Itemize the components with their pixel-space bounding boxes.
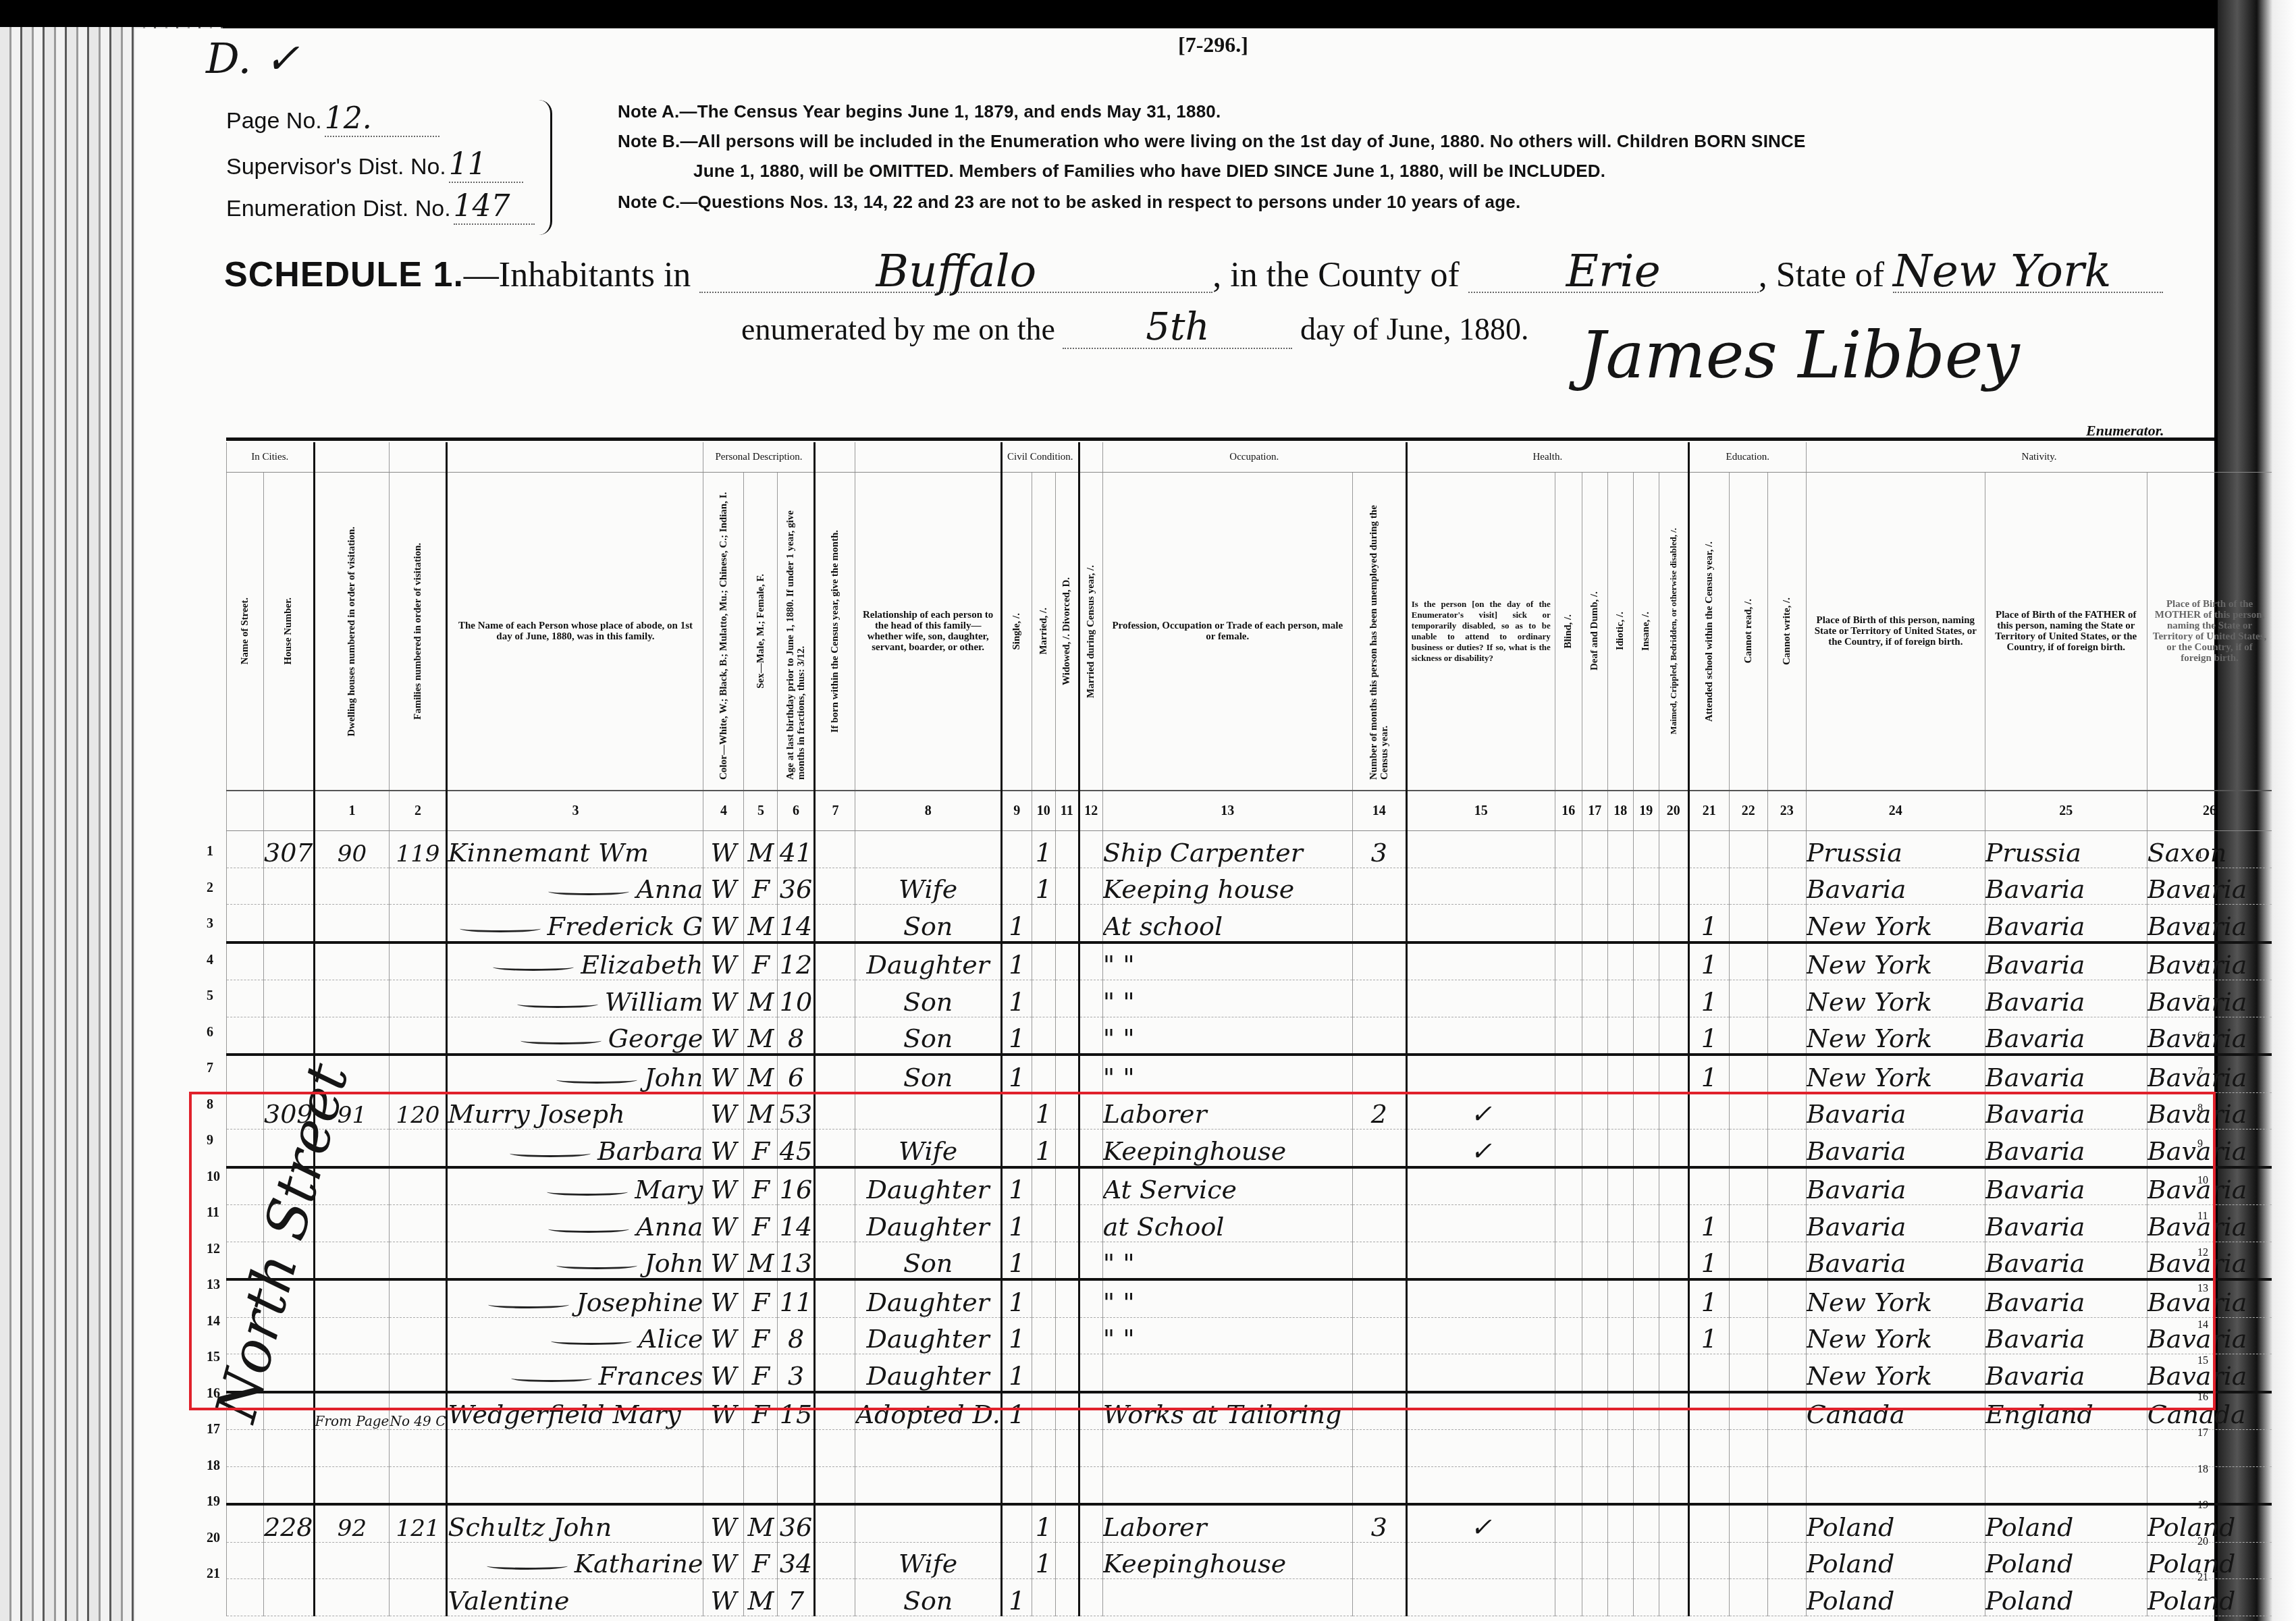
cell-insane	[1633, 1542, 1659, 1579]
line-number-left: 13	[207, 1277, 220, 1293]
cell-color: W	[703, 1017, 744, 1055]
cell-sick	[1406, 1167, 1555, 1205]
cell-maimed	[1659, 1542, 1688, 1579]
cell-maimed	[1659, 1055, 1688, 1092]
cell-sick	[1406, 942, 1555, 980]
cell-birth: Poland	[1806, 1542, 1985, 1579]
cell-sex: F	[744, 1130, 778, 1167]
cell-married-year	[1079, 1504, 1102, 1542]
cell-street	[227, 1055, 264, 1092]
cell-blind	[1555, 942, 1582, 980]
cell-sex	[744, 1430, 778, 1467]
cell-color: W	[703, 1242, 744, 1279]
cell-single: 1	[1001, 1392, 1032, 1430]
day-value: 5th	[1063, 307, 1292, 349]
cell-family	[390, 1354, 447, 1392]
cell-name: Anna	[447, 868, 703, 905]
cell-name: Murry Joseph	[447, 1092, 703, 1130]
cell-relation: Son	[855, 980, 1001, 1017]
table-row: GeorgeWM8Son1" "1New YorkBavariaBavaria	[227, 1017, 2272, 1055]
cell-birth: Poland	[1806, 1579, 1985, 1616]
cell-age: 10	[778, 980, 815, 1017]
cell-born-month	[815, 1542, 855, 1579]
cell-family	[390, 1205, 447, 1242]
cell-unemployed	[1352, 1130, 1406, 1167]
cell-cannot-write	[1767, 1130, 1806, 1167]
line-number-left: 10	[207, 1169, 220, 1185]
cell-occupation: At Service	[1102, 1167, 1352, 1205]
cell-name: Mary	[447, 1167, 703, 1205]
cell-cannot-read	[1729, 1279, 1767, 1317]
cell-house	[264, 942, 315, 980]
line-number-left: 12	[207, 1242, 220, 1257]
cell-blind	[1555, 1579, 1582, 1616]
cell-mother: Bavaria	[2147, 1242, 2272, 1279]
brace	[537, 100, 552, 235]
cell-sex: F	[744, 1354, 778, 1392]
table-row: 22892121Schultz JohnWM361Laborer3✓Poland…	[227, 1504, 2272, 1542]
cell-sick	[1406, 1055, 1555, 1092]
cell-name: Valentine	[447, 1579, 703, 1616]
cell-blind	[1555, 868, 1582, 905]
supervisor-label: Supervisor's Dist. No.	[226, 154, 446, 180]
cell-widowed	[1055, 1466, 1079, 1504]
line-number-right: 21	[2197, 1572, 2208, 1584]
cell-family	[390, 980, 447, 1017]
cell-idiotic	[1607, 942, 1633, 980]
line-number-left: 14	[207, 1314, 220, 1329]
cell-occupation: " "	[1102, 1017, 1352, 1055]
col-4-header: Color—White, W.; Black, B.; Mulatto, Mu.…	[703, 473, 744, 791]
cell-name: Wedgerfield Mary	[447, 1392, 703, 1430]
cell-dwelling	[314, 905, 390, 942]
cell-relation: Wife	[855, 1130, 1001, 1167]
cell-family	[390, 1017, 447, 1055]
cell-mother: Saxon	[2147, 831, 2272, 868]
cell-deaf	[1582, 1317, 1607, 1354]
cell-sick	[1406, 1466, 1555, 1504]
table-row: AliceWF8Daughter1" "1New YorkBavariaBava…	[227, 1317, 2272, 1354]
cell-blind	[1555, 1017, 1582, 1055]
cell-insane	[1633, 1430, 1659, 1467]
cell-married-year	[1079, 1167, 1102, 1205]
col-22-header: Cannot read, /.	[1729, 473, 1767, 791]
cell-father: Bavaria	[1985, 1354, 2147, 1392]
form-code: [7-296.]	[1178, 32, 1248, 57]
cell-house	[264, 1542, 315, 1579]
cell-mother	[2147, 1430, 2272, 1467]
col-11-header: Widowed, /. Divorced, D.	[1055, 473, 1079, 791]
group-occupation: Occupation.	[1102, 442, 1406, 473]
cell-blind	[1555, 980, 1582, 1017]
cell-maimed	[1659, 905, 1688, 942]
cell-house: 307	[264, 831, 315, 868]
cell-birth: New York	[1806, 942, 1985, 980]
line-number-left: 17	[207, 1422, 220, 1437]
inhabitants-label: —Inhabitants in	[464, 256, 691, 294]
cell-widowed	[1055, 980, 1079, 1017]
cell-born-month	[815, 868, 855, 905]
cell-family	[390, 1430, 447, 1467]
group-header-row: In Cities. Personal Description. Civil C…	[227, 442, 2272, 473]
cell-occupation	[1102, 1579, 1352, 1616]
col-24-header: Place of Birth of this person, naming St…	[1806, 473, 1985, 791]
cell-birth: New York	[1806, 1055, 1985, 1092]
enumerated-label: enumerated by me on the	[741, 312, 1055, 346]
cell-unemployed	[1352, 1167, 1406, 1205]
cell-idiotic	[1607, 1317, 1633, 1354]
cell-mother: Bavaria	[2147, 1167, 2272, 1205]
cell-relation: Adopted D.	[855, 1392, 1001, 1430]
cell-cannot-write	[1767, 1205, 1806, 1242]
cell-relation	[855, 1466, 1001, 1504]
cell-school	[1688, 1542, 1729, 1579]
cell-name: Frederick G	[447, 905, 703, 942]
cell-cannot-read	[1729, 1430, 1767, 1467]
line-number-right: 20	[2197, 1536, 2208, 1548]
cell-relation: Daughter	[855, 1205, 1001, 1242]
cell-school	[1688, 1092, 1729, 1130]
table-row: 30790119Kinnemant WmWM411Ship Carpenter3…	[227, 831, 2272, 868]
cell-occupation: Ship Carpenter	[1102, 831, 1352, 868]
cell-relation: Daughter	[855, 1354, 1001, 1392]
cell-dwelling	[314, 1017, 390, 1055]
cell-born-month	[815, 942, 855, 980]
cell-deaf	[1582, 868, 1607, 905]
cell-deaf	[1582, 942, 1607, 980]
cell-father	[1985, 1430, 2147, 1467]
cell-widowed	[1055, 1055, 1079, 1092]
cell-relation: Daughter	[855, 942, 1001, 980]
cell-name: Schultz John	[447, 1504, 703, 1542]
cell-house	[264, 1017, 315, 1055]
cell-sick	[1406, 1317, 1555, 1354]
cell-occupation: " "	[1102, 1279, 1352, 1317]
cell-sex: F	[744, 1279, 778, 1317]
line-number-right: 13	[2197, 1283, 2208, 1295]
table-row: From PageNo 49 CWedgerfield MaryWF15Adop…	[227, 1392, 2272, 1430]
cell-name: George	[447, 1017, 703, 1055]
enumeration-district-field: Enumeration Dist. No. 147	[226, 189, 535, 225]
cell-cannot-write	[1767, 1542, 1806, 1579]
enumeration-date-line: enumerated by me on the 5th day of June,…	[741, 307, 1529, 349]
cell-sex: M	[744, 1242, 778, 1279]
cell-cannot-write	[1767, 942, 1806, 980]
cell-street	[227, 942, 264, 980]
cell-cannot-write	[1767, 1354, 1806, 1392]
cell-name: Elizabeth	[447, 942, 703, 980]
cell-age: 8	[778, 1317, 815, 1354]
cell-unemployed	[1352, 980, 1406, 1017]
cell-insane	[1633, 980, 1659, 1017]
line-number-right: 16	[2197, 1391, 2208, 1404]
col-6-header: Age at last birthday prior to June 1, 18…	[778, 473, 815, 791]
cell-idiotic	[1607, 868, 1633, 905]
cell-sex: F	[744, 942, 778, 980]
cell-unemployed: 3	[1352, 831, 1406, 868]
cell-cannot-read	[1729, 980, 1767, 1017]
cell-father: Poland	[1985, 1579, 2147, 1616]
cell-married-year	[1079, 1392, 1102, 1430]
col-16-header: Blind, /.	[1555, 473, 1582, 791]
cell-unemployed	[1352, 1205, 1406, 1242]
cell-idiotic	[1607, 1017, 1633, 1055]
cell-name: John	[447, 1055, 703, 1092]
cell-widowed	[1055, 1205, 1079, 1242]
cell-age: 34	[778, 1542, 815, 1579]
line-number-left: 19	[207, 1494, 220, 1510]
cell-family	[390, 905, 447, 942]
cell-single	[1001, 1466, 1032, 1504]
cell-sex: M	[744, 1579, 778, 1616]
cell-father: Bavaria	[1985, 1092, 2147, 1130]
cell-unemployed	[1352, 1542, 1406, 1579]
cell-dwelling	[314, 1317, 390, 1354]
cell-idiotic	[1607, 1542, 1633, 1579]
line-number-left: 8	[207, 1097, 213, 1113]
cell-born-month	[815, 1504, 855, 1542]
cell-insane	[1633, 868, 1659, 905]
cell-single	[1001, 831, 1032, 868]
cell-birth: Bavaria	[1806, 868, 1985, 905]
cell-single	[1001, 1542, 1032, 1579]
cell-idiotic	[1607, 1466, 1633, 1504]
cell-school: 1	[1688, 1017, 1729, 1055]
cell-maimed	[1659, 1092, 1688, 1130]
cell-mother: Bavaria	[2147, 1354, 2272, 1392]
cell-sick: ✓	[1406, 1130, 1555, 1167]
cell-unemployed: 3	[1352, 1504, 1406, 1542]
cell-occupation: Works at Tailoring	[1102, 1392, 1352, 1430]
cell-school	[1688, 1430, 1729, 1467]
cell-unemployed	[1352, 1466, 1406, 1504]
cell-mother	[2147, 1466, 2272, 1504]
cell-occupation: Keepinghouse	[1102, 1542, 1352, 1579]
cell-school: 1	[1688, 980, 1729, 1017]
cell-street	[227, 868, 264, 905]
cell-born-month	[815, 1130, 855, 1167]
cell-age: 12	[778, 942, 815, 980]
cell-single	[1001, 1130, 1032, 1167]
cell-deaf	[1582, 1092, 1607, 1130]
cell-mother: Bavaria	[2147, 1055, 2272, 1092]
cell-cannot-write	[1767, 905, 1806, 942]
cell-dwelling: 90	[314, 831, 390, 868]
cell-cannot-read	[1729, 1205, 1767, 1242]
supervisor-value: 11	[449, 147, 523, 183]
cell-maimed	[1659, 1504, 1688, 1542]
cell-cannot-read	[1729, 1504, 1767, 1542]
col-14-header: Number of months this person has been un…	[1352, 473, 1406, 791]
cell-dwelling	[314, 868, 390, 905]
cell-color: W	[703, 868, 744, 905]
cell-mother: Bavaria	[2147, 1017, 2272, 1055]
table-row: AnnaWF36Wife1Keeping houseBavariaBavaria…	[227, 868, 2272, 905]
cell-relation	[855, 1504, 1001, 1542]
cell-school: 1	[1688, 1317, 1729, 1354]
cell-idiotic	[1607, 905, 1633, 942]
note-a: Note A.—The Census Year begins June 1, 1…	[618, 101, 1221, 122]
cell-born-month	[815, 980, 855, 1017]
cell-relation: Daughter	[855, 1279, 1001, 1317]
col-23-header: Cannot write, /.	[1767, 473, 1806, 791]
table-row: BarbaraWF45Wife1Keepinghouse✓BavariaBava…	[227, 1130, 2272, 1167]
cell-family	[390, 1130, 447, 1167]
cell-deaf	[1582, 1205, 1607, 1242]
cell-father: Bavaria	[1985, 1279, 2147, 1317]
cell-insane	[1633, 1242, 1659, 1279]
cell-widowed	[1055, 1017, 1079, 1055]
county-label: , in the County of	[1212, 256, 1459, 294]
cell-married-year	[1079, 1055, 1102, 1092]
cell-sick: ✓	[1406, 1504, 1555, 1542]
cell-unemployed	[1352, 1579, 1406, 1616]
cell-cannot-read	[1729, 868, 1767, 905]
ditto-mark-icon	[510, 1150, 591, 1157]
cell-cannot-write	[1767, 1055, 1806, 1092]
col-19-header: Insane, /.	[1633, 473, 1659, 791]
cell-mother: Bavaria	[2147, 1317, 2272, 1354]
cell-occupation: " "	[1102, 980, 1352, 1017]
cell-father: Bavaria	[1985, 942, 2147, 980]
enumeration-label: Enumeration Dist. No.	[226, 196, 451, 221]
cell-family	[390, 1279, 447, 1317]
cell-widowed	[1055, 1579, 1079, 1616]
cell-color: W	[703, 980, 744, 1017]
cell-school: 1	[1688, 1279, 1729, 1317]
cell-insane	[1633, 1354, 1659, 1392]
cell-sex: F	[744, 868, 778, 905]
cell-occupation: Laborer	[1102, 1092, 1352, 1130]
cell-idiotic	[1607, 1092, 1633, 1130]
enumerator-signature: James Libbey	[1580, 317, 2020, 393]
cell-father: Bavaria	[1985, 980, 2147, 1017]
cell-married	[1032, 1354, 1055, 1392]
cell-father: Bavaria	[1985, 905, 2147, 942]
cell-idiotic	[1607, 1167, 1633, 1205]
city-value: Buffalo	[699, 251, 1212, 293]
cell-sex: F	[744, 1205, 778, 1242]
col-2-header: Families numbered in order of visitation…	[390, 473, 447, 791]
cell-idiotic	[1607, 831, 1633, 868]
table-row: AnnaWF14Daughter1at School1BavariaBavari…	[227, 1205, 2272, 1242]
table-row: MaryWF16Daughter1At ServiceBavariaBavari…	[227, 1167, 2272, 1205]
cell-married	[1032, 1205, 1055, 1242]
cell-idiotic	[1607, 1279, 1633, 1317]
cell-married-year	[1079, 831, 1102, 868]
cell-deaf	[1582, 1279, 1607, 1317]
cell-sex: M	[744, 831, 778, 868]
col-26-header: Place of Birth of the MOTHER of this per…	[2147, 473, 2272, 791]
cell-single: 1	[1001, 1167, 1032, 1205]
cell-born-month	[815, 831, 855, 868]
note-b-line2: June 1, 1880, will be OMITTED. Members o…	[693, 161, 1605, 182]
cell-deaf	[1582, 1242, 1607, 1279]
cell-blind	[1555, 905, 1582, 942]
cell-age: 14	[778, 1205, 815, 1242]
cell-cannot-read	[1729, 1317, 1767, 1354]
cell-cannot-write	[1767, 1242, 1806, 1279]
cell-street	[227, 1466, 264, 1504]
cell-relation	[855, 1430, 1001, 1467]
line-number-right: 9	[2197, 1138, 2203, 1150]
cell-birth: Bavaria	[1806, 1092, 1985, 1130]
cell-blind	[1555, 1504, 1582, 1542]
cell-single	[1001, 1092, 1032, 1130]
cell-school: 1	[1688, 942, 1729, 980]
cell-mother: Poland	[2147, 1542, 2272, 1579]
col-8-header: Relationship of each person to the head …	[855, 473, 1001, 791]
table-row: JosephineWF11Daughter1" "1New YorkBavari…	[227, 1279, 2272, 1317]
cell-blind	[1555, 1466, 1582, 1504]
cell-family: No 49 C	[390, 1392, 447, 1430]
cell-school	[1688, 1504, 1729, 1542]
cell-mother: Bavaria	[2147, 1092, 2272, 1130]
cell-deaf	[1582, 1017, 1607, 1055]
cell-color: W	[703, 1317, 744, 1354]
cell-sick	[1406, 1242, 1555, 1279]
line-number-right: 10	[2197, 1175, 2208, 1187]
line-number-left: 6	[207, 1025, 213, 1040]
page-no-value: 12.	[325, 101, 439, 137]
cell-cannot-write	[1767, 1504, 1806, 1542]
cell-birth: New York	[1806, 1354, 1985, 1392]
line-number-left: 2	[207, 880, 213, 896]
cell-born-month	[815, 1317, 855, 1354]
cell-widowed	[1055, 868, 1079, 905]
cell-birth: New York	[1806, 980, 1985, 1017]
cell-maimed	[1659, 1242, 1688, 1279]
cell-sick	[1406, 831, 1555, 868]
cell-blind	[1555, 1205, 1582, 1242]
group-nativity: Nativity.	[1806, 442, 2272, 473]
schedule-title-line: SCHEDULE 1.—Inhabitants in Buffalo, in t…	[224, 251, 2163, 295]
cell-father: Bavaria	[1985, 1017, 2147, 1055]
cell-married-year	[1079, 1542, 1102, 1579]
ditto-mark-icon	[551, 1337, 632, 1345]
line-number-right: 12	[2197, 1247, 2208, 1259]
cell-sick	[1406, 1392, 1555, 1430]
cell-color: W	[703, 831, 744, 868]
cell-cannot-write	[1767, 1392, 1806, 1430]
cell-sick	[1406, 905, 1555, 942]
cell-born-month	[815, 1055, 855, 1092]
line-number-left: 7	[207, 1061, 213, 1076]
ditto-mark-icon	[517, 1001, 598, 1008]
page-no-label: Page No.	[226, 108, 322, 134]
cell-single	[1001, 868, 1032, 905]
col-15-header: Is the person [on the day of the Enumera…	[1406, 473, 1555, 791]
cell-birth	[1806, 1466, 1985, 1504]
cell-birth: Poland	[1806, 1504, 1985, 1542]
cell-dwelling	[314, 1466, 390, 1504]
cell-sex: M	[744, 1017, 778, 1055]
cell-insane	[1633, 1279, 1659, 1317]
cell-maimed	[1659, 1392, 1688, 1430]
cell-unemployed: 2	[1352, 1092, 1406, 1130]
cell-single: 1	[1001, 942, 1032, 980]
cell-born-month	[815, 1242, 855, 1279]
ditto-mark-icon	[460, 925, 541, 932]
cell-idiotic	[1607, 1242, 1633, 1279]
cell-sick	[1406, 1279, 1555, 1317]
cell-sick	[1406, 868, 1555, 905]
cell-deaf	[1582, 1392, 1607, 1430]
cell-father: Bavaria	[1985, 1130, 2147, 1167]
cell-mother: Bavaria	[2147, 1279, 2272, 1317]
cell-deaf	[1582, 1430, 1607, 1467]
cell-color: W	[703, 1542, 744, 1579]
